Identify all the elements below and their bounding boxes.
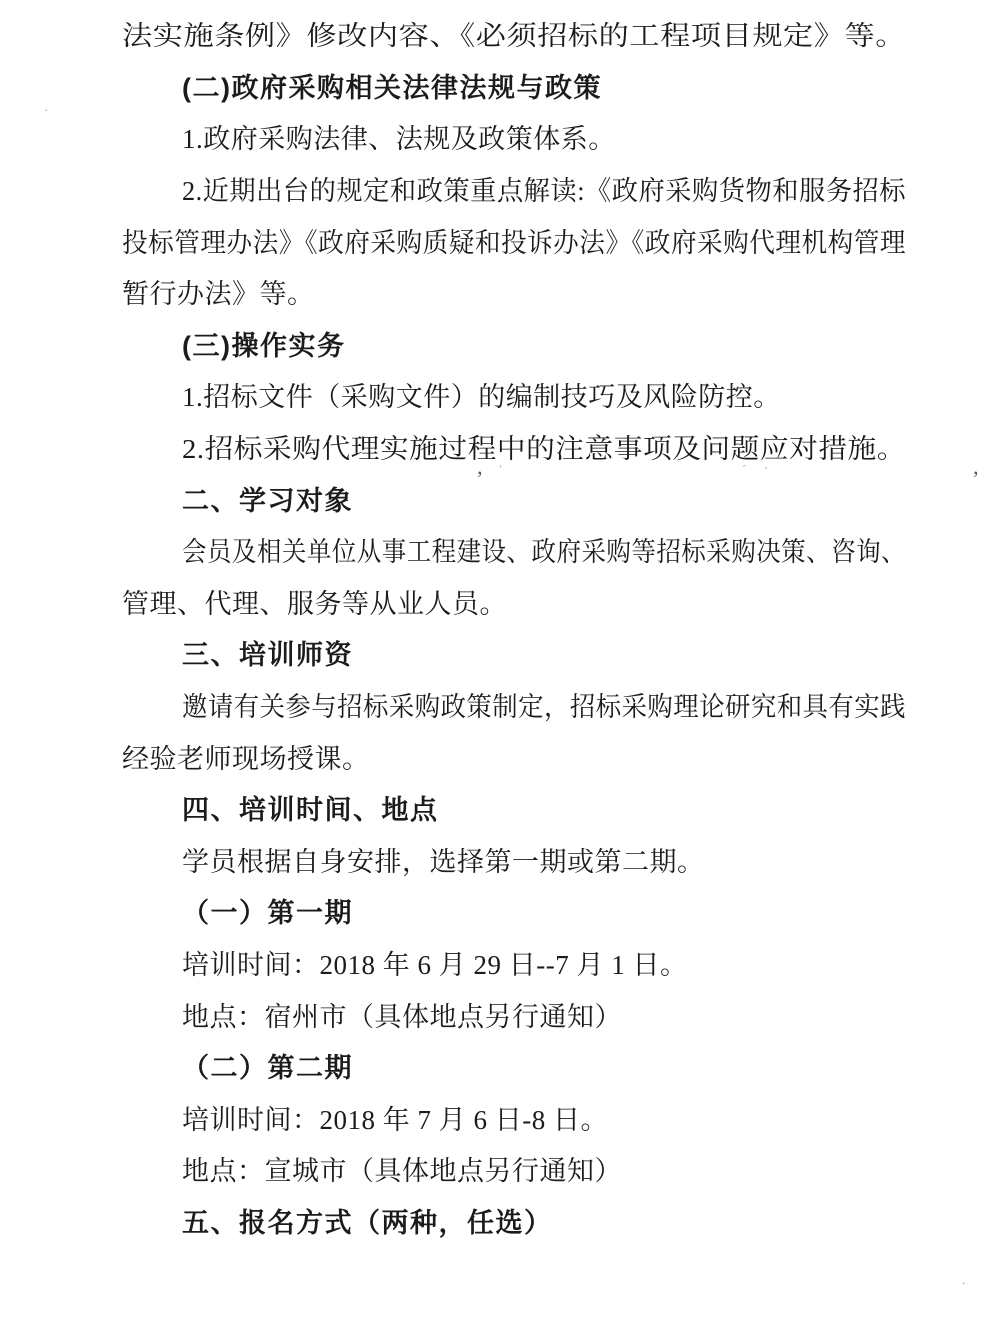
scan-artifact-speck: ·	[44, 104, 49, 120]
document-text-line: 地点：宣城市（具体地点另行通知）	[122, 1143, 906, 1195]
line-text: 学员根据自身安排，选择第一期或第二期。	[182, 840, 705, 879]
document-text-line: 经验老师现场授课。	[122, 730, 906, 782]
document-text-line: 培训时间：2018 年 7 月 6 日-8 日。	[122, 1091, 906, 1143]
line-text: 投标管理办法》《政府采购质疑和投诉办法》《政府采购代理机构管理	[122, 221, 906, 260]
line-text: 管理、代理、服务等从业人员。	[122, 582, 507, 621]
line-text: 2.近期出台的规定和政策重点解读:《政府采购货物和服务招标	[182, 169, 906, 208]
document-text-line: 管理、代理、服务等从业人员。	[122, 576, 906, 628]
line-text: 三、培训师资	[182, 633, 353, 672]
line-text: 1.政府采购法律、法规及政策体系。	[182, 117, 616, 156]
line-text: 四、培训时间、地点	[182, 788, 439, 827]
document-text-line: 邀请有关参与招标采购政策制定，招标采购理论研究和具有实践	[122, 679, 906, 731]
line-text: 法实施条例》修改内容、《必须招标的工程项目规定》等。	[122, 14, 906, 53]
line-text: 五、报名方式（两种，任选）	[182, 1201, 553, 1240]
line-text: 地点：宿州市（具体地点另行通知）	[182, 995, 622, 1034]
document-heading-line: (二)政府采购相关法律法规与政策	[122, 60, 906, 112]
document-text-line: 地点：宿州市（具体地点另行通知）	[122, 988, 906, 1040]
line-text: 培训时间：2018 年 6 月 29 日--7 月 1 日。	[182, 943, 687, 982]
line-text: （二）第二期	[182, 1046, 353, 1085]
document-heading-line: （二）第二期	[122, 1040, 906, 1092]
line-text: 暂行办法》等。	[122, 272, 315, 311]
document-text-line: 法实施条例》修改内容、《必须招标的工程项目规定》等。	[122, 8, 906, 60]
document-heading-line: 二、学习对象	[122, 472, 906, 524]
line-text: 培训时间：2018 年 7 月 6 日-8 日。	[182, 1098, 608, 1137]
line-text: 地点：宣城市（具体地点另行通知）	[182, 1149, 622, 1188]
document-heading-line: （一）第一期	[122, 885, 906, 937]
document-heading-line: 三、培训师资	[122, 627, 906, 679]
document-text-line: 投标管理办法》《政府采购质疑和投诉办法》《政府采购代理机构管理	[122, 214, 906, 266]
scanned-document-page: 法实施条例》修改内容、《必须招标的工程项目规定》等。(二)政府采购相关法律法规与…	[0, 0, 1000, 1328]
line-text: 二、学习对象	[182, 479, 353, 518]
document-text-line: 1.招标文件（采购文件）的编制技巧及风险防控。	[122, 369, 906, 421]
document-text-line: 培训时间：2018 年 6 月 29 日--7 月 1 日。	[122, 937, 906, 989]
document-text-line: 2.招标采购代理实施过程中的注意事项及问题应对措施。	[122, 421, 906, 473]
line-text: (三)操作实务	[182, 324, 345, 363]
document-text-line: 2.近期出台的规定和政策重点解读:《政府采购货物和服务招标	[122, 163, 906, 215]
line-text: 经验老师现场授课。	[122, 737, 370, 776]
document-heading-line: (三)操作实务	[122, 318, 906, 370]
line-text: （一）第一期	[182, 891, 353, 930]
document-text-line: 暂行办法》等。	[122, 266, 906, 318]
document-heading-line: 四、培训时间、地点	[122, 782, 906, 834]
document-heading-line: 五、报名方式（两种，任选）	[122, 1195, 906, 1247]
document-text-line: 会员及相关单位从事工程建设、政府采购等招标采购决策、咨询、	[122, 524, 906, 576]
document-text-block: 法实施条例》修改内容、《必须招标的工程项目规定》等。(二)政府采购相关法律法规与…	[122, 8, 906, 1246]
line-text: 2.招标采购代理实施过程中的注意事项及问题应对措施。	[182, 427, 906, 466]
line-text: 1.招标文件（采购文件）的编制技巧及风险防控。	[182, 375, 781, 414]
line-text: 邀请有关参与招标采购政策制定，招标采购理论研究和具有实践	[182, 685, 906, 724]
scan-artifact-mark: ’	[972, 466, 979, 492]
document-text-line: 学员根据自身安排，选择第一期或第二期。	[122, 834, 906, 886]
line-text: (二)政府采购相关法律法规与政策	[182, 66, 602, 105]
scan-artifact-speck: .	[962, 1272, 965, 1288]
line-text: 会员及相关单位从事工程建设、政府采购等招标采购决策、咨询、	[182, 530, 906, 569]
document-text-line: 1.政府采购法律、法规及政策体系。	[122, 111, 906, 163]
